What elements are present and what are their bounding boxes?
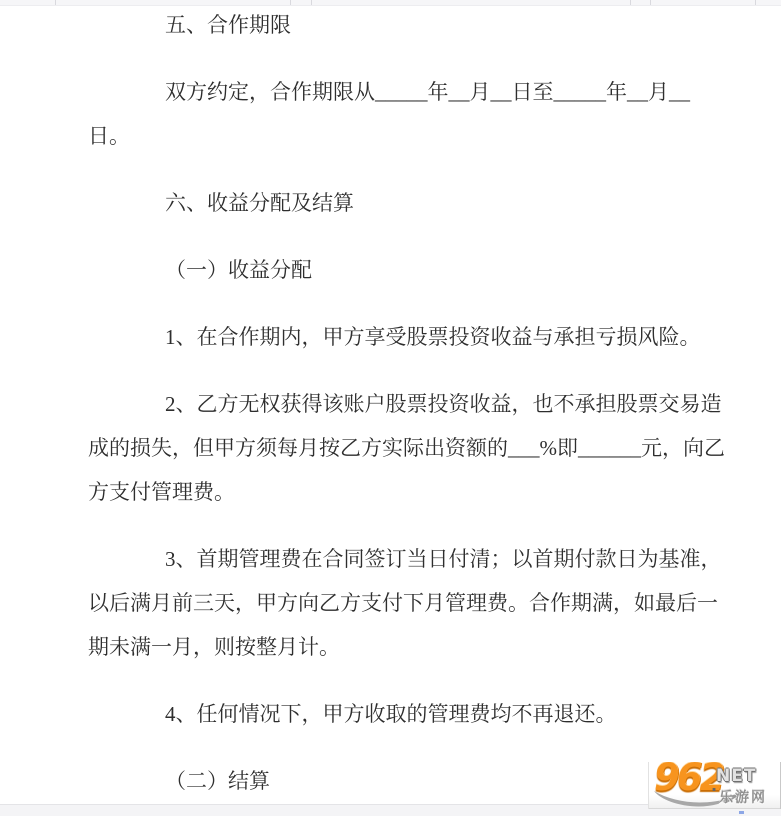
contract-line: 以后满月前三天，甲方向乙方支付下月管理费。合作期满，如最后一 bbox=[88, 581, 698, 625]
contract-line: 方支付管理费。 bbox=[88, 470, 698, 514]
contract-line-section-6-heading: 六、收益分配及结算 bbox=[88, 181, 698, 225]
contract-document: 五、合作期限 双方约定，合作期限从_____年__月__日至_____年__月_… bbox=[88, 3, 698, 803]
contract-line: 双方约定，合作期限从_____年__月__日至_____年__月__ bbox=[88, 70, 698, 114]
top-edge-tick bbox=[55, 0, 56, 5]
contract-line-clause-1: 1、在合作期内，甲方享受股票投资收益与承担亏损风险。 bbox=[88, 315, 698, 359]
contract-line: 日。 bbox=[88, 114, 698, 158]
contract-line: 期未满一月，则按整月计。 bbox=[88, 625, 698, 669]
contract-line-section-5-heading: 五、合作期限 bbox=[88, 3, 698, 47]
contract-line-clause-3: 3、首期管理费在合同签订当日付清；以首期付款日为基准， bbox=[88, 537, 698, 581]
logo-leyouwang-text: 乐游网 bbox=[719, 787, 767, 807]
artifact-dot bbox=[739, 811, 744, 814]
contract-line-clause-2: 2、乙方无权获得该账户股票投资收益，也不承担股票交易造 bbox=[88, 382, 698, 426]
page: 五、合作期限 双方约定，合作期限从_____年__月__日至_____年__月_… bbox=[0, 0, 781, 816]
top-edge-tick bbox=[755, 0, 756, 5]
leyou-962net-watermark: 962 . NET 乐游网 bbox=[648, 762, 781, 809]
logo-net-text: NET bbox=[716, 766, 756, 786]
contract-line-clause-4: 4、任何情况下，甲方收取的管理费均不再退还。 bbox=[88, 692, 698, 736]
contract-line-subsection-1: （一）收益分配 bbox=[88, 248, 698, 292]
contract-line-subsection-2: （二）结算 bbox=[88, 759, 698, 803]
contract-line: 成的损失，但甲方须每月按乙方实际出资额的___%即______元，向乙 bbox=[88, 426, 698, 470]
